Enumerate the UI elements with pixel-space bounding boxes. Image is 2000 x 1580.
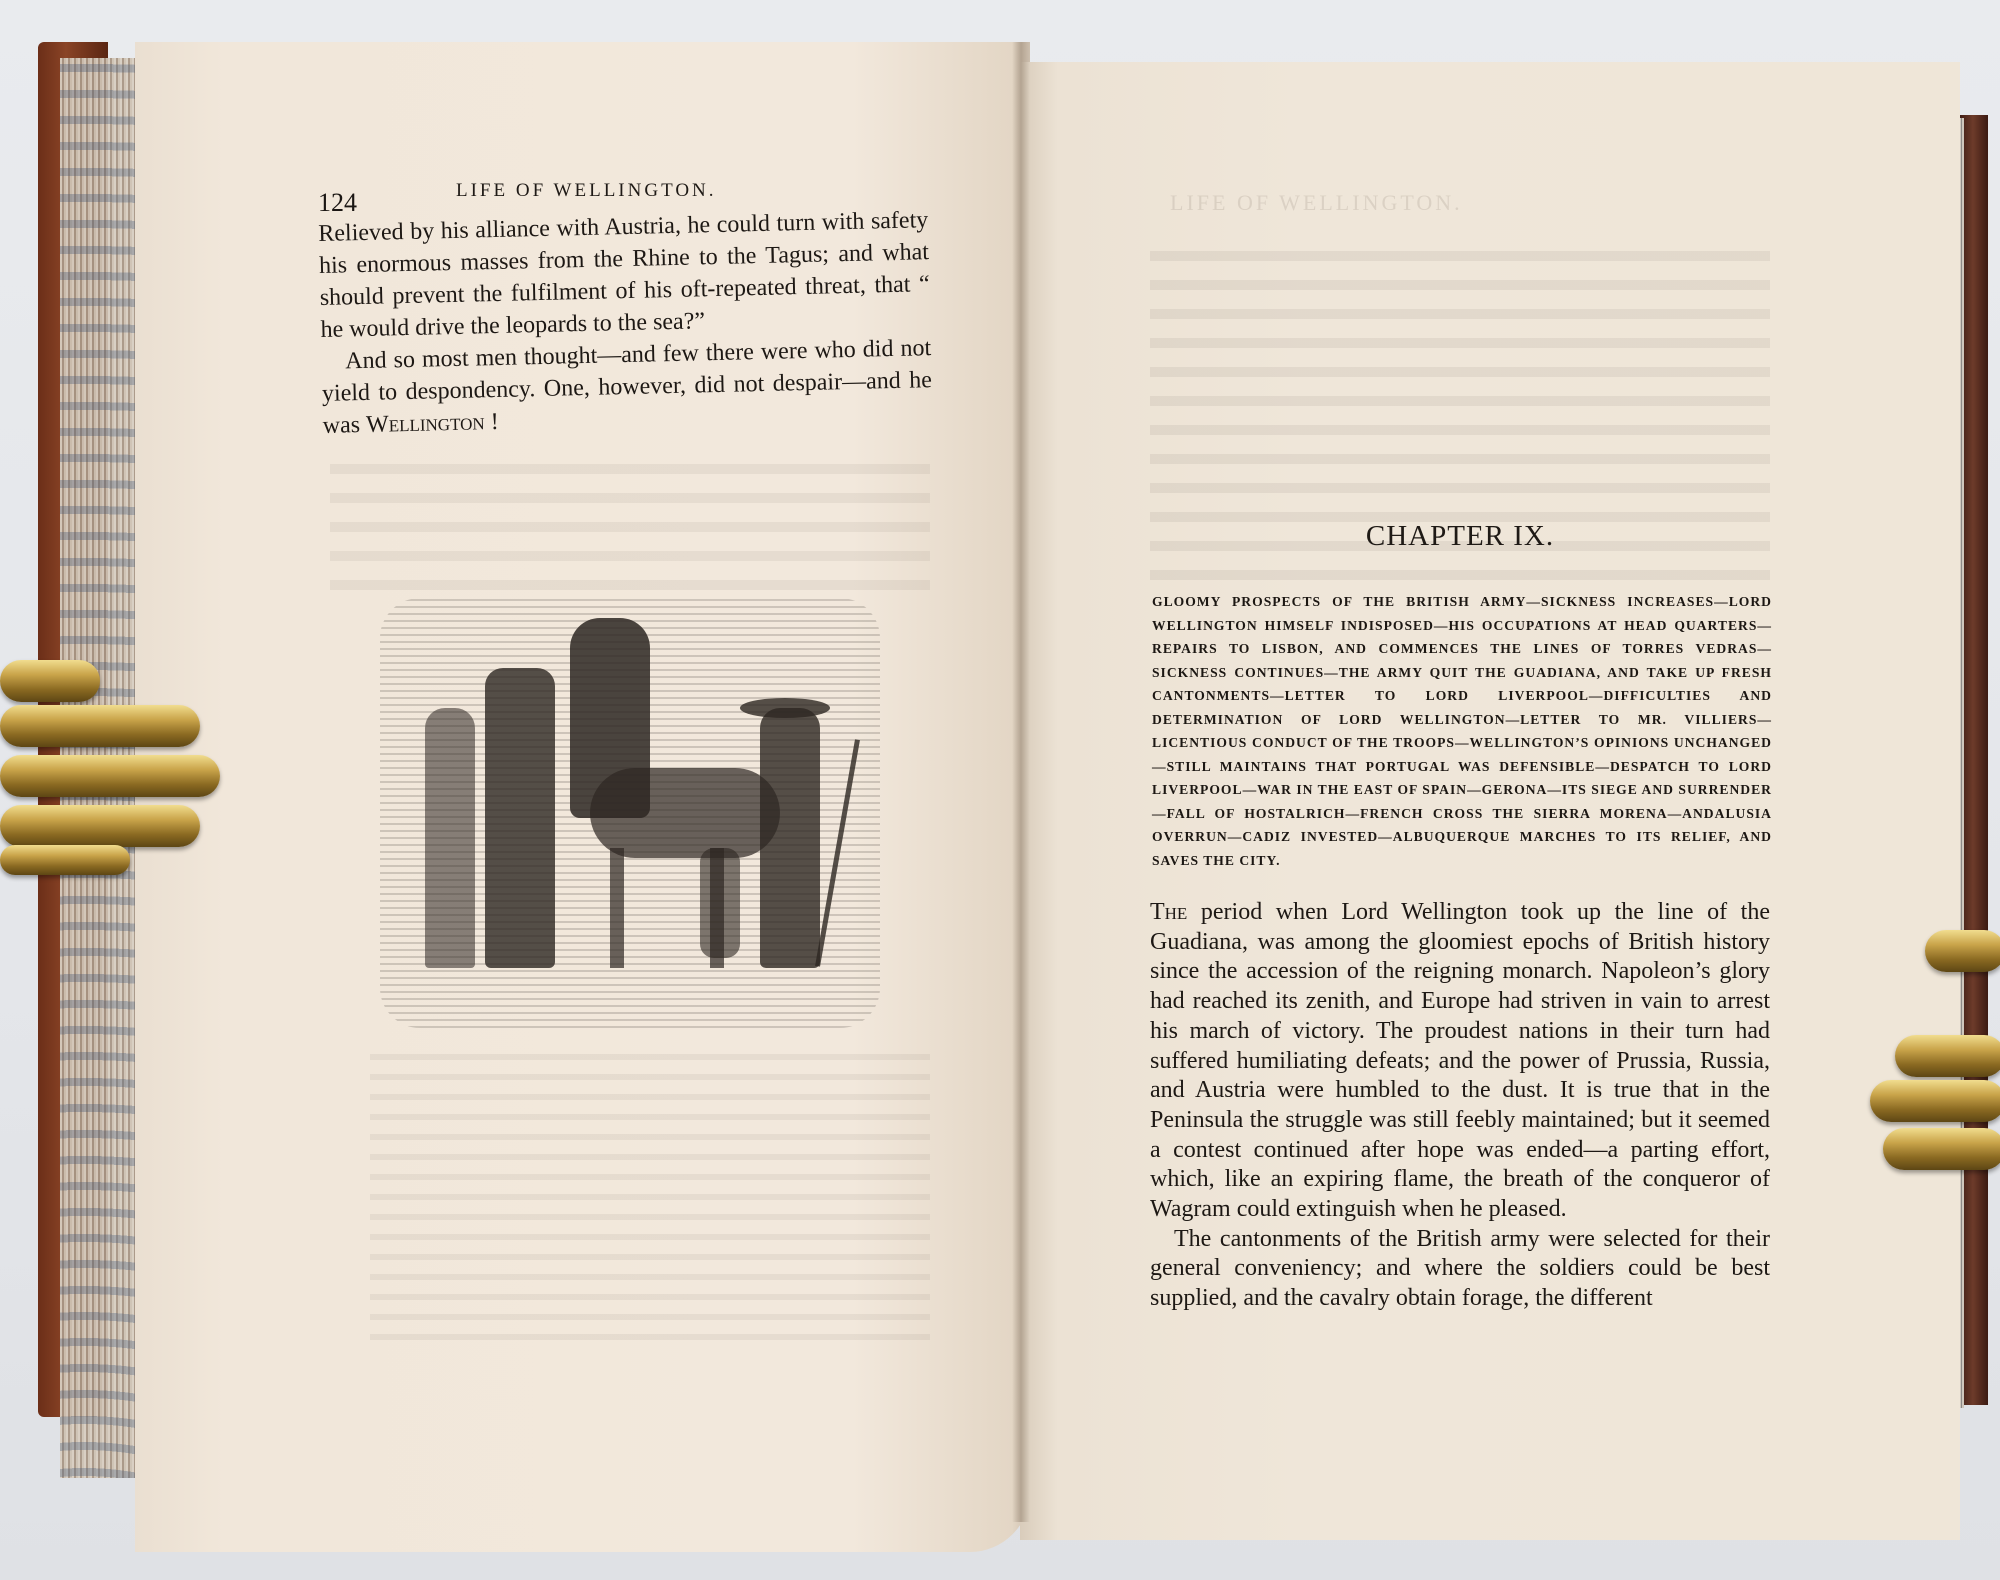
brass-finger	[1870, 1080, 2000, 1122]
peasant-figure	[760, 708, 820, 968]
brass-finger	[0, 705, 200, 747]
paragraph: The cantonments of the British army were…	[1150, 1225, 1770, 1314]
chapter-title: CHAPTER IX.	[1150, 520, 1770, 553]
mule-leg	[610, 848, 624, 968]
bleed-through-text-block-left	[330, 450, 930, 590]
brass-thumb	[0, 845, 130, 875]
bleed-through-running-head: LIFE OF WELLINGTON.	[1170, 190, 1463, 216]
left-page-body: Relieved by his alliance with Austria, h…	[318, 204, 933, 442]
paragraph: Relieved by his alliance with Austria, h…	[318, 204, 931, 346]
emphasis-name: Wellington	[366, 409, 485, 438]
paragraph: The period when Lord Wellington took up …	[1150, 898, 1770, 1225]
opening-word: The	[1150, 899, 1187, 925]
paragraph: And so most men thought—and few there we…	[321, 332, 933, 442]
soldier-greatcoat-figure	[485, 668, 555, 968]
soldier-figure	[425, 708, 475, 968]
chapter-synopsis: GLOOMY PROSPECTS OF THE BRITISH ARMY—SIC…	[1152, 590, 1772, 872]
brass-hand-clip-left	[0, 655, 225, 875]
bleed-through-footnotes	[370, 1040, 930, 1340]
brass-finger	[1883, 1128, 2000, 1170]
right-page-body: The period when Lord Wellington took up …	[1150, 898, 1770, 1314]
running-head-title: LIFE OF WELLINGTON.	[456, 180, 717, 202]
page-number: 124	[318, 188, 357, 218]
boy-figure	[700, 848, 740, 958]
brass-finger	[0, 805, 200, 847]
brass-hand-clip-right	[1865, 930, 2000, 1190]
peasant-hat	[740, 698, 830, 718]
brass-finger	[0, 660, 100, 702]
book-gutter	[1012, 42, 1030, 1522]
brass-finger	[1925, 930, 2000, 972]
mule-body	[590, 768, 780, 858]
brass-finger	[0, 755, 220, 797]
brass-finger	[1895, 1035, 2000, 1077]
walking-staff	[815, 739, 860, 966]
engraving-illustration	[380, 598, 880, 1028]
